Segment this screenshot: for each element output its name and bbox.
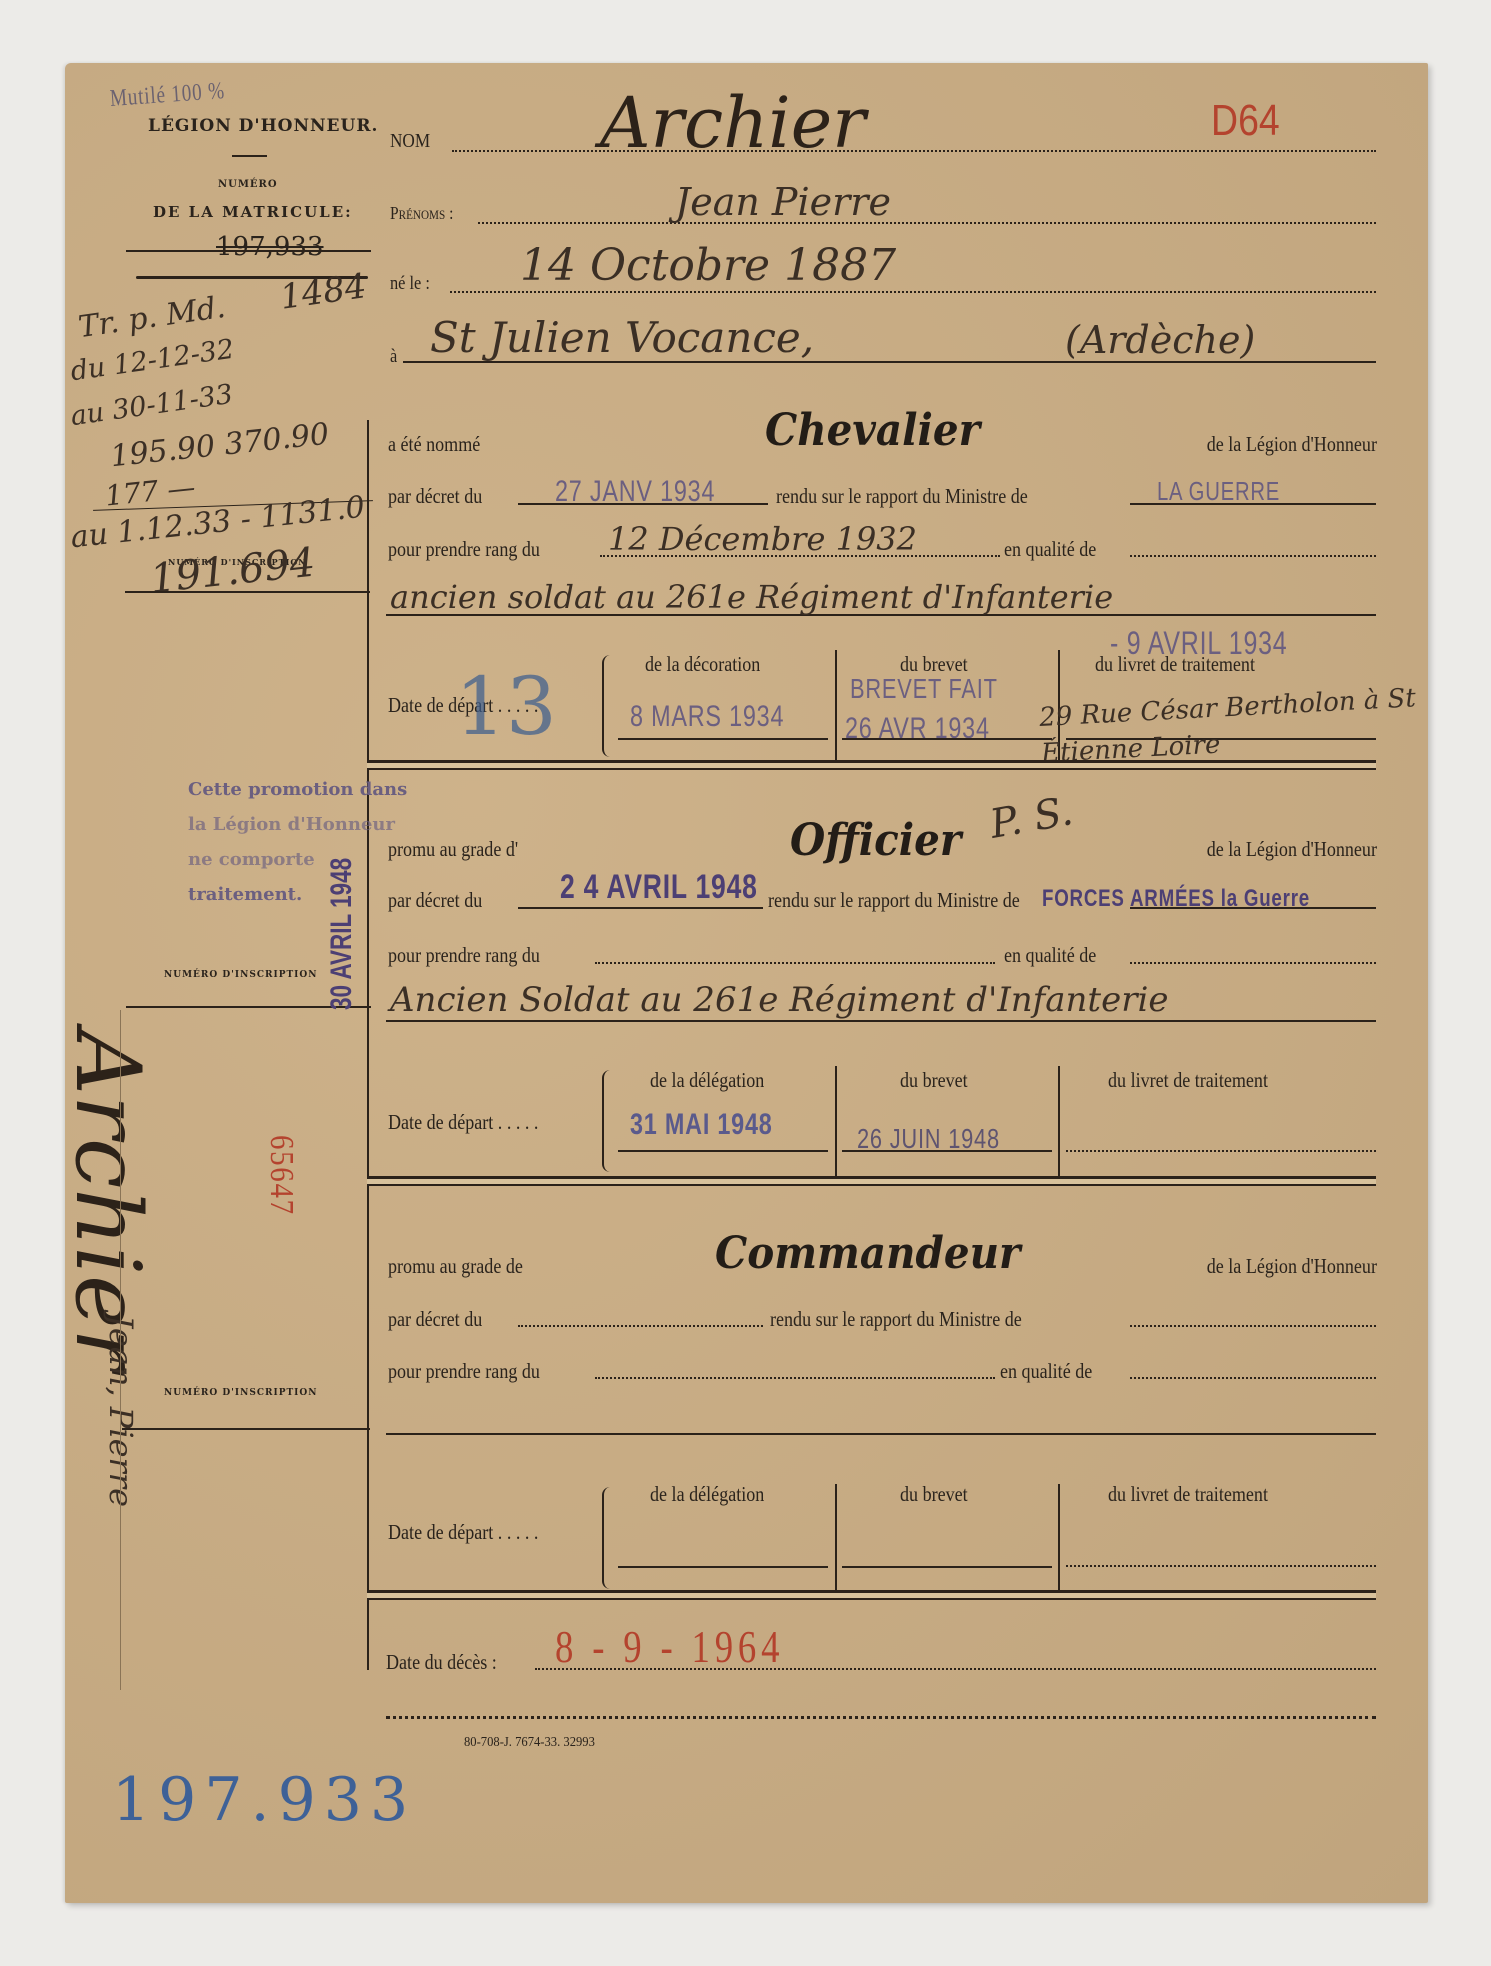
officier-depart-label: Date de départ . . . . . [388, 1110, 538, 1135]
inscription-rule-1 [125, 591, 370, 593]
officier-col-divider-1 [835, 1066, 837, 1176]
promotion-stamp: Cette promotion dans la Légion d'Honneur… [188, 772, 407, 912]
chevalier-col3-stamp: - 9 AVRIL 1934 [1110, 625, 1287, 662]
officier-section-divider [367, 1176, 1376, 1186]
nom-value[interactable]: Archier [600, 82, 866, 164]
officier-col2-label: du brevet [900, 1068, 968, 1093]
officier-qualite-value[interactable]: Ancien Soldat au 261e Régiment d'Infante… [390, 980, 1168, 1020]
officier-qualite-label: en qualité de [1004, 943, 1096, 968]
officier-col2-line [842, 1150, 1052, 1152]
chevalier-intro: a été nommé [388, 432, 480, 457]
legion-title: LÉGION D'HONNEUR. [148, 116, 378, 136]
chevalier-grade: Chevalier [765, 405, 980, 456]
commandeur-decret-line [518, 1325, 763, 1327]
commandeur-rang-line [595, 1377, 995, 1379]
vertical-date-stamp: 30 AVRIL 1948 [325, 858, 359, 1010]
commandeur-qualite-line-1 [1130, 1377, 1376, 1379]
commandeur-qualite-label: en qualité de [1000, 1359, 1092, 1384]
folio-code: D64 [1211, 96, 1280, 146]
promotion-stamp-line-4: traitement. [188, 877, 407, 912]
officier-col1-label: de la délégation [650, 1068, 764, 1093]
title-rule [232, 155, 267, 157]
commandeur-intro: promu au grade de [388, 1254, 523, 1279]
prenoms-label: Prénoms : [390, 203, 453, 224]
chevalier-qualite-label: en qualité de [1004, 537, 1096, 562]
commandeur-grade: Commandeur [715, 1228, 1020, 1279]
nom-label: NOM [390, 130, 430, 153]
officier-intro: promu au grade d' [388, 837, 518, 862]
departement-value[interactable]: (Ardèche) [1065, 318, 1255, 362]
officier-rang-line [595, 962, 995, 964]
chevalier-decret-value[interactable]: 27 JANV 1934 [555, 475, 715, 509]
commandeur-col2-label: du brevet [900, 1482, 968, 1507]
ne-le-label: né le : [390, 273, 430, 295]
chevalier-qualite-value[interactable]: ancien soldat au 261e Régiment d'Infante… [390, 578, 1113, 616]
ne-le-value[interactable]: 14 Octobre 1887 [520, 240, 896, 291]
chevalier-rang-value[interactable]: 12 Décembre 1932 [608, 520, 917, 558]
matricule-label: DE LA MATRICULE: [153, 203, 353, 221]
bottom-rule [386, 1716, 1376, 1719]
commandeur-col-divider-1 [835, 1484, 837, 1590]
chevalier-col-divider-1 [835, 650, 837, 760]
form-left-border [367, 420, 369, 1670]
chevalier-col1-line [618, 738, 828, 740]
officier-rapport-label: rendu sur le rapport du Ministre de [768, 888, 1020, 913]
chevalier-decret-label: par décret du [388, 484, 482, 509]
officier-decret-value[interactable]: 2 4 AVRIL 1948 [560, 868, 758, 907]
a-label: à [390, 346, 397, 368]
red-inscription-number: 65647 [262, 1135, 300, 1216]
chevalier-col1-value[interactable]: 8 MARS 1934 [630, 700, 784, 734]
officier-decret-line [518, 907, 763, 909]
matricule-strike-line [126, 250, 371, 252]
prenoms-value[interactable]: Jean Pierre [675, 180, 891, 224]
officier-ministre-value[interactable]: FORCES ARMÉES la Guerre [1042, 885, 1310, 913]
commandeur-depart-label: Date de départ . . . . . [388, 1520, 538, 1545]
officier-rang-label: pour prendre rang du [388, 943, 540, 968]
inscription-rule-3 [122, 1428, 370, 1430]
chevalier-col2-value[interactable]: 26 AVR 1934 [845, 712, 990, 746]
deces-label: Date du décès : [386, 1650, 497, 1675]
vertical-firstnames: Jean, Pierre [102, 1315, 140, 1507]
blue-matricule-number: 197.933 [112, 1765, 416, 1835]
commandeur-col1-label: de la délégation [650, 1482, 764, 1507]
commandeur-col3-line [1066, 1565, 1376, 1567]
commandeur-rang-label: pour prendre rang du [388, 1359, 540, 1384]
chevalier-rapport-label: rendu sur le rapport du Ministre de [776, 484, 1028, 509]
left-column-guide [120, 1010, 121, 1690]
nom-line [452, 150, 1376, 152]
promotion-stamp-line-1: Cette promotion dans [188, 772, 407, 807]
officier-col3-label: du livret de traitement [1108, 1068, 1268, 1093]
commandeur-col1-line [618, 1566, 828, 1568]
chevalier-section-divider [367, 760, 1376, 770]
commandeur-depart-brace [602, 1487, 612, 1589]
lieu-value[interactable]: St Julien Vocance, [430, 313, 814, 362]
officier-qualite-line-1 [1130, 962, 1376, 964]
numero-label: NUMÉRO [218, 179, 278, 190]
chevalier-rang-label: pour prendre rang du [388, 537, 540, 562]
commandeur-qualite-line-2 [386, 1433, 1376, 1435]
officier-col-divider-2 [1058, 1066, 1060, 1176]
officier-decret-label: par décret du [388, 888, 482, 913]
deces-value[interactable]: 8 - 9 - 1964 [555, 1620, 784, 1673]
blue-margin-number: 13 [455, 660, 557, 753]
officier-suffix: de la Légion d'Honneur [1207, 837, 1377, 862]
commandeur-suffix: de la Légion d'Honneur [1207, 1254, 1377, 1279]
numero-inscription-label-3: NUMÉRO D'INSCRIPTION [164, 1388, 317, 1398]
promotion-stamp-line-3: ne comporte [188, 842, 407, 877]
matricule-value-struck: 197,933 [216, 232, 324, 262]
ne-le-line [450, 291, 1376, 293]
officier-col3-line [1066, 1150, 1376, 1152]
officier-col1-value[interactable]: 31 MAI 1948 [630, 1108, 773, 1142]
chevalier-ministre-value[interactable]: LA GUERRE [1157, 476, 1280, 507]
chevalier-qualite-line-1 [1130, 555, 1376, 557]
chevalier-col2-line [842, 738, 1052, 740]
chevalier-col2-stamp: BREVET FAIT [850, 673, 998, 705]
commandeur-ministre-line [1130, 1325, 1376, 1327]
numero-inscription-label-2: NUMÉRO D'INSCRIPTION [164, 970, 317, 980]
commandeur-col2-line [842, 1566, 1052, 1568]
officier-qualite-line-2 [386, 1020, 1376, 1022]
print-reference: 80-708-J. 7674-33. 32993 [464, 1735, 595, 1751]
promotion-stamp-line-2: la Légion d'Honneur [188, 807, 407, 842]
commandeur-decret-label: par décret du [388, 1307, 482, 1332]
commandeur-col-divider-2 [1058, 1484, 1060, 1590]
officier-col1-line [618, 1150, 828, 1152]
officier-depart-brace [602, 1070, 612, 1172]
chevalier-depart-brace [602, 655, 612, 757]
officier-grade: Officier [790, 815, 961, 866]
prenoms-line [478, 222, 1376, 224]
chevalier-col1-label: de la décoration [645, 652, 760, 677]
commandeur-col3-label: du livret de traitement [1108, 1482, 1268, 1507]
commandeur-rapport-label: rendu sur le rapport du Ministre de [770, 1307, 1022, 1332]
chevalier-suffix: de la Légion d'Honneur [1207, 432, 1377, 457]
commandeur-section-divider [367, 1590, 1376, 1600]
